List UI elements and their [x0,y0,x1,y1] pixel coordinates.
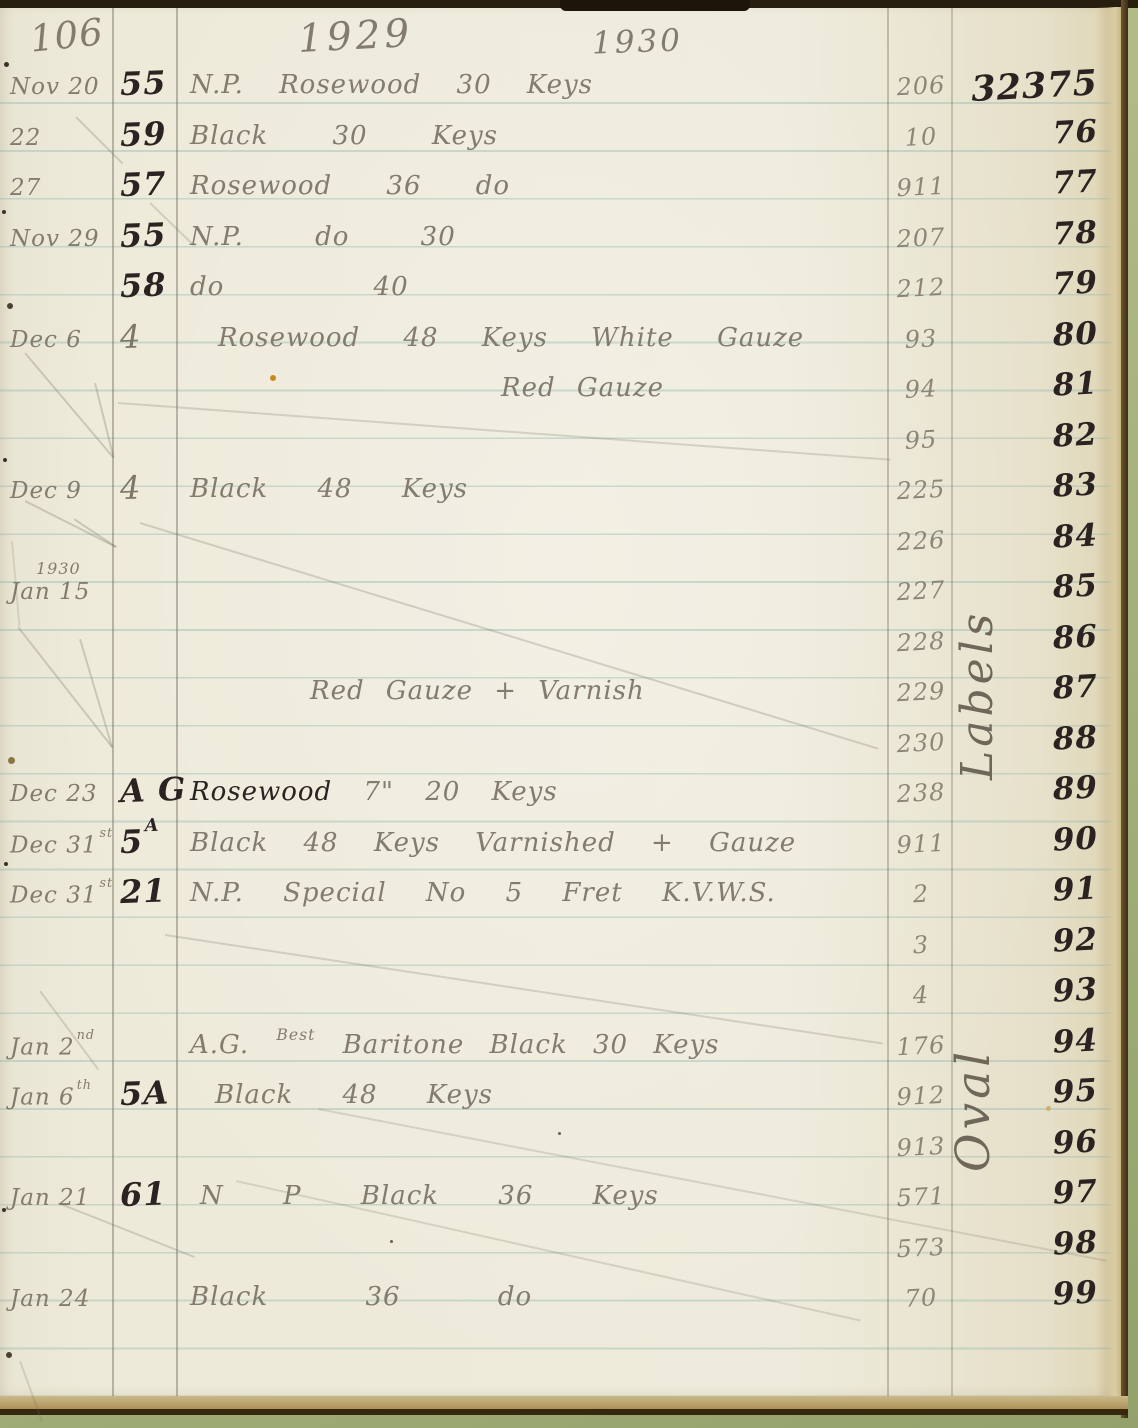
paper-speck [7,303,13,309]
batch-number-cell: 227 [887,575,954,606]
year-heading-1929: 1929 [297,11,414,62]
description-cell: Black 48 Keys [190,474,468,504]
description-segment: Baritone Black 30 Keys [343,1030,720,1060]
description-cell: do 40 [190,272,409,302]
paper-speck [3,458,7,462]
description-cell: N.P. Special No 5 Fret K.V.W.S. [190,878,776,908]
description-segment: 7" 20 Keys [363,777,557,807]
batch-number-cell: 229 [887,676,954,707]
date-cell: Dec 6 [10,327,118,353]
serial-number-cell: 84 [957,517,1099,560]
date-cell: 27 [10,175,118,201]
description-cell: Black 30 Keys [190,121,498,151]
description-cell: Red Gauze [501,373,664,403]
model-number-cell: A G [119,770,184,810]
page-number: 106 [28,10,106,60]
scanned-ledger-page: 106 1929 1930 Labels Oval Nov 2055N.P. R… [0,0,1138,1428]
serial-number-cell: 92 [957,921,1099,964]
batch-number-cell: 10 [887,121,954,152]
date-cell: Jan 151930 [10,579,118,605]
batch-number-cell: 912 [887,1080,954,1111]
paper-speck [6,1352,12,1358]
date-cell: 22 [10,125,118,151]
batch-number-cell: 176 [887,1030,954,1061]
serial-number-cell: 99 [957,1274,1099,1317]
paper-speck [1046,1106,1051,1111]
description-cell: N P Black 36 Keys [200,1181,659,1211]
model-number-cell: 59 [119,113,184,153]
date-cell: Dec 23 [10,781,118,807]
date-year-above: 1930 [36,559,81,578]
serial-number-cell: 93 [957,971,1099,1014]
serial-number-cell: 79 [957,264,1099,307]
description-cell: N.P. do 30 [190,222,456,252]
batch-number-cell: 573 [887,1232,954,1263]
serial-number-cell: 87 [957,668,1099,711]
model-number-cell: 4 [119,467,184,507]
batch-number-cell: 913 [887,1131,954,1162]
description-cell: Rosewood 48 Keys White Gauze [218,323,804,353]
description-segment: Best [276,1026,315,1044]
date-cell: Dec 31st [10,832,118,859]
serial-number-cell: 96 [957,1123,1099,1166]
batch-number-cell: 93 [887,323,954,354]
paper-speck [4,862,8,866]
batch-number-cell: 911 [887,828,954,859]
batch-number-cell: 230 [887,727,954,758]
batch-number-cell: 70 [887,1282,954,1313]
description-cell: Rosewood 36 do [190,171,510,201]
batch-number-cell: 212 [887,272,954,303]
model-superscript: A [144,814,159,835]
model-number-cell: 5A [119,820,184,860]
date-superscript: st [100,875,114,890]
serial-number-cell: 32375 [957,62,1099,110]
serial-number-cell: 80 [957,315,1099,358]
year-heading-1930: 1930 [591,22,683,61]
date-superscript: th [77,1077,92,1092]
model-number-cell: 55 [119,63,184,103]
date-cell: Nov 20 [10,74,118,100]
date-cell: Jan 6th [10,1084,118,1111]
serial-number-cell: 90 [957,820,1099,863]
book-bottom-edge [0,1409,1128,1415]
date-superscript: nd [77,1027,95,1042]
date-superscript: st [100,825,114,840]
batch-number-cell: 206 [887,70,954,101]
batch-number-cell: 207 [887,222,954,253]
book-right-edge [1121,0,1128,1418]
serial-number-cell: 76 [957,113,1099,156]
description-cell: A.G. Best Baritone Black 30 Keys [190,1030,720,1060]
batch-number-cell: 228 [887,626,954,657]
page-curl-edge [1096,7,1122,1405]
description-segment: Rosewood [190,777,332,807]
date-cell: Nov 29 [10,226,118,252]
serial-number-cell: 86 [957,618,1099,661]
model-number-cell: 57 [119,164,184,204]
paper-speck [558,1132,561,1135]
page-bottom-edge [0,1396,1128,1410]
paper-speck [8,757,15,764]
batch-number-cell: 2 [887,878,954,909]
model-number-cell: 58 [119,265,184,305]
serial-number-cell: 97 [957,1173,1099,1216]
serial-number-cell: 83 [957,466,1099,509]
batch-number-cell: 571 [887,1181,954,1212]
serial-number-cell: 77 [957,163,1099,206]
batch-number-cell: 226 [887,525,954,556]
description-segment: A.G. [190,1030,249,1060]
batch-number-cell: 225 [887,474,954,505]
serial-number-cell: 82 [957,416,1099,459]
model-number-cell: 61 [119,1174,184,1214]
description-cell: Black 48 Keys Varnished + Gauze [190,828,796,858]
description-cell: Red Gauze + Varnish [310,676,645,706]
serial-number-cell: 89 [957,769,1099,812]
description-cell: Black 36 do [190,1282,532,1312]
model-number-cell: 5A [119,1073,184,1113]
date-cell: Jan 2nd [10,1034,118,1061]
model-number-cell: 21 [119,871,184,911]
paper-speck [2,1208,6,1212]
serial-number-cell: 81 [957,365,1099,408]
batch-number-cell: 911 [887,171,954,202]
description-cell: Black 48 Keys [215,1080,493,1110]
batch-number-cell: 4 [887,979,954,1010]
date-cell: Dec 31st [10,882,118,909]
paper-speck [390,1240,393,1243]
serial-number-cell: 94 [957,1022,1099,1065]
serial-number-cell: 85 [957,567,1099,610]
batch-number-cell: 238 [887,777,954,808]
model-number-cell: 4 [119,315,184,355]
batch-number-cell: 95 [887,424,954,455]
date-cell: Jan 21 [10,1185,118,1211]
book-top-edge [0,0,1138,8]
serial-number-cell: 88 [957,719,1099,762]
description-cell: N.P. Rosewood 30 Keys [190,70,593,100]
serial-number-cell: 91 [957,870,1099,913]
model-number-cell: 55 [119,214,184,254]
paper-speck [270,375,276,381]
description-cell: Rosewood 7" 20 Keys [190,777,558,807]
batch-number-cell: 94 [887,373,954,404]
serial-number-cell: 95 [957,1072,1099,1115]
paper-speck [2,210,6,214]
paper-speck [4,62,9,67]
serial-number-cell: 78 [957,214,1099,257]
batch-number-cell: 3 [887,929,954,960]
date-cell: Jan 24 [10,1286,118,1312]
